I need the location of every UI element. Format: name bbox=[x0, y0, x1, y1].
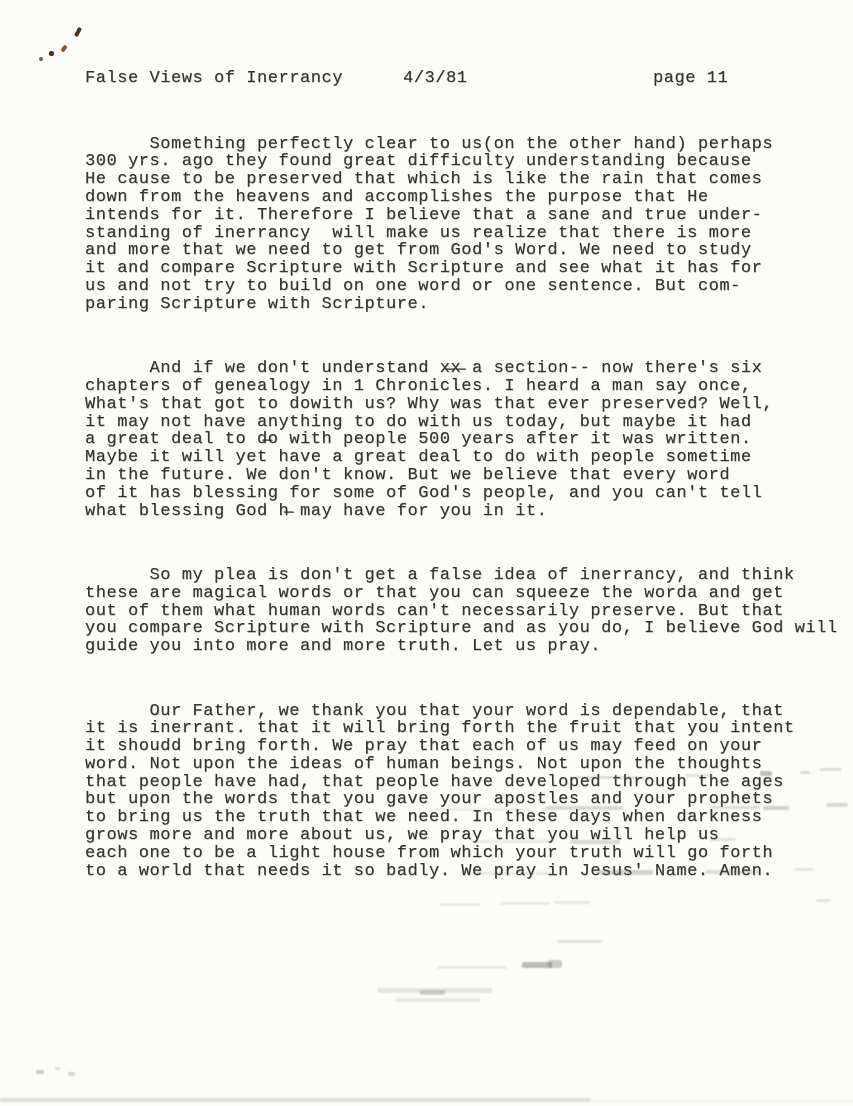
document-header: False Views of Inerrancy 4/3/81 page 11 bbox=[0, 70, 853, 90]
ghost-mark bbox=[395, 998, 480, 1002]
ghost-mark bbox=[763, 806, 789, 810]
ghost-mark bbox=[826, 803, 848, 807]
ghost-mark bbox=[68, 1072, 75, 1076]
pen-mark bbox=[39, 57, 43, 61]
pen-mark bbox=[60, 44, 67, 52]
ghost-mark bbox=[545, 806, 623, 810]
ghost-mark bbox=[470, 840, 555, 843]
ghost-mark bbox=[500, 902, 550, 905]
scan-edge-shadow bbox=[0, 1098, 590, 1102]
document-title: False Views of Inerrancy bbox=[85, 70, 343, 88]
ghost-mark bbox=[820, 768, 842, 771]
ghost-mark bbox=[36, 1070, 44, 1074]
paragraph: Something perfectly clear to us(on the o… bbox=[85, 136, 838, 314]
ghost-mark bbox=[705, 870, 760, 874]
scan-edge-shadow bbox=[590, 1100, 853, 1102]
ghost-mark bbox=[800, 771, 810, 774]
ghost-mark bbox=[548, 960, 562, 968]
scanned-page: False Views of Inerrancy 4/3/81 page 11 … bbox=[0, 0, 853, 1106]
ghost-mark bbox=[710, 806, 760, 809]
ghost-mark bbox=[420, 990, 445, 995]
ghost-mark bbox=[685, 774, 713, 777]
paragraph: And if we don't understand x̶x̶ a sectio… bbox=[85, 360, 838, 520]
ghost-mark bbox=[437, 966, 507, 969]
ghost-mark bbox=[557, 940, 602, 943]
ghost-mark bbox=[710, 838, 736, 841]
ghost-mark bbox=[55, 1067, 60, 1070]
ghost-mark bbox=[575, 776, 645, 779]
ghost-mark bbox=[570, 840, 620, 844]
pen-mark bbox=[48, 50, 54, 56]
ghost-mark bbox=[435, 808, 530, 811]
page-number: page 11 bbox=[653, 70, 728, 88]
ghost-mark bbox=[555, 901, 590, 904]
ghost-mark bbox=[760, 771, 772, 776]
pen-mark bbox=[74, 27, 82, 38]
document-date: 4/3/81 bbox=[403, 70, 468, 88]
ghost-mark bbox=[598, 870, 653, 875]
paragraph: So my plea is don't get a false idea of … bbox=[85, 567, 838, 656]
paragraph: Our Father, we thank you that your word … bbox=[85, 703, 838, 881]
ghost-mark bbox=[440, 903, 480, 906]
ghost-mark bbox=[475, 872, 555, 875]
ghost-mark bbox=[795, 868, 813, 871]
ghost-mark bbox=[816, 899, 830, 902]
document-body: Something perfectly clear to us(on the o… bbox=[85, 100, 838, 916]
